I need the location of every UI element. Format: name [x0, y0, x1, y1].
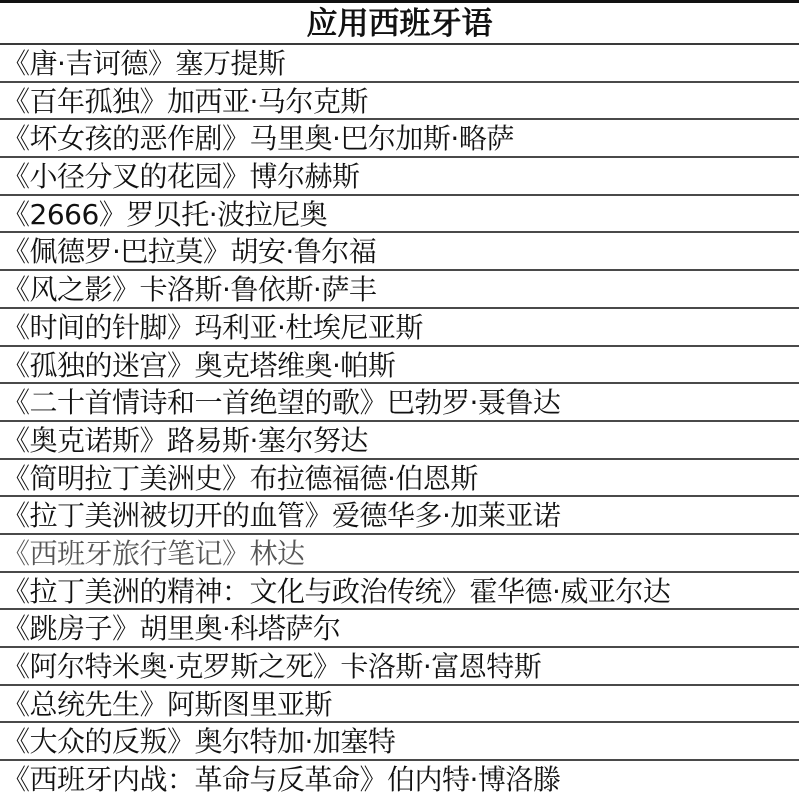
table-row: 《阿尔特米奥·克罗斯之死》卡洛斯·富恩特斯: [0, 648, 799, 686]
table-row: 《风之影》卡洛斯·鲁依斯·萨丰: [0, 271, 799, 309]
table-row: 《总统先生》阿斯图里亚斯: [0, 686, 799, 724]
table-row: 《拉丁美洲的精神：文化与政治传统》霍华德·威亚尔达: [0, 573, 799, 611]
book-author: 罗贝托·波拉尼奥: [126, 198, 327, 231]
book-author: 奥尔特加·加塞特: [195, 725, 396, 758]
book-title: 《拉丁美洲的精神：文化与政治传统》: [2, 575, 470, 608]
book-list-table: 应用西班牙语 《唐·吉诃德》塞万提斯 《百年孤独》加西亚·马尔克斯 《坏女孩的恶…: [0, 0, 799, 797]
table-row: 《二十首情诗和一首绝望的歌》巴勃罗·聂鲁达: [0, 384, 799, 422]
table-row: 《百年孤独》加西亚·马尔克斯: [0, 83, 799, 121]
book-author: 路易斯·塞尔努达: [167, 424, 368, 457]
book-author: 霍华德·威亚尔达: [470, 575, 671, 608]
table-row: 《时间的针脚》玛利亚·杜埃尼亚斯: [0, 309, 799, 347]
book-title: 《简明拉丁美洲史》: [2, 462, 250, 495]
book-author: 胡安·鲁尔福: [230, 235, 376, 268]
book-title: 《跳房子》: [2, 612, 140, 645]
book-author: 巴勃罗·聂鲁达: [387, 386, 560, 419]
book-title: 《西班牙旅行笔记》: [2, 537, 250, 570]
book-title: 《二十首情诗和一首绝望的歌》: [2, 386, 387, 419]
book-author: 塞万提斯: [175, 47, 285, 80]
book-title: 《总统先生》: [2, 688, 167, 721]
book-title: 《小径分叉的花园》: [2, 160, 250, 193]
table-row: 《奥克诺斯》路易斯·塞尔努达: [0, 422, 799, 460]
table-row: 《西班牙内战：革命与反革命》伯内特·博洛滕: [0, 761, 799, 797]
book-title: 《拉丁美洲被切开的血管》: [2, 499, 332, 532]
book-title: 《西班牙内战：革命与反革命》: [2, 763, 387, 796]
book-author: 爱德华多·加莱亚诺: [332, 499, 560, 532]
table-row: 《小径分叉的花园》博尔赫斯: [0, 158, 799, 196]
book-title: 《孤独的迷宫》: [2, 349, 195, 382]
book-title: 《唐·吉诃德》: [2, 47, 175, 80]
book-author: 林达: [250, 537, 305, 570]
table-row: 《2666》罗贝托·波拉尼奥: [0, 196, 799, 234]
book-author: 博尔赫斯: [250, 160, 360, 193]
book-title: 《佩德罗·巴拉莫》: [2, 235, 230, 268]
book-author: 加西亚·马尔克斯: [167, 85, 368, 118]
book-title: 《2666》: [2, 198, 126, 231]
book-title: 《大众的反叛》: [2, 725, 195, 758]
book-author: 布拉德福德·伯恩斯: [250, 462, 478, 495]
table-row: 《坏女孩的恶作剧》马里奥·巴尔加斯·略萨: [0, 120, 799, 158]
book-title: 《百年孤独》: [2, 85, 167, 118]
table-row: 《唐·吉诃德》塞万提斯: [0, 45, 799, 83]
book-author: 卡洛斯·富恩特斯: [340, 650, 541, 683]
table-row: 《大众的反叛》奥尔特加·加塞特: [0, 723, 799, 761]
table-row: 《简明拉丁美洲史》布拉德福德·伯恩斯: [0, 460, 799, 498]
book-author: 卡洛斯·鲁依斯·萨丰: [140, 273, 377, 306]
table-row: 《佩德罗·巴拉莫》胡安·鲁尔福: [0, 233, 799, 271]
table-row: 《西班牙旅行笔记》林达: [0, 535, 799, 573]
book-title: 《时间的针脚》: [2, 311, 195, 344]
table-row: 《孤独的迷宫》奥克塔维奥·帕斯: [0, 347, 799, 385]
book-title: 《阿尔特米奥·克罗斯之死》: [2, 650, 340, 683]
book-author: 伯内特·博洛滕: [387, 763, 560, 796]
book-author: 胡里奥·科塔萨尔: [140, 612, 341, 645]
book-author: 马里奥·巴尔加斯·略萨: [250, 122, 514, 155]
book-author: 奥克塔维奥·帕斯: [195, 349, 396, 382]
table-title: 应用西班牙语: [0, 3, 799, 45]
book-author: 阿斯图里亚斯: [167, 688, 332, 721]
book-title: 《奥克诺斯》: [2, 424, 167, 457]
book-title: 《风之影》: [2, 273, 140, 306]
book-author: 玛利亚·杜埃尼亚斯: [195, 311, 423, 344]
table-row: 《跳房子》胡里奥·科塔萨尔: [0, 610, 799, 648]
table-row: 《拉丁美洲被切开的血管》爱德华多·加莱亚诺: [0, 497, 799, 535]
book-title: 《坏女孩的恶作剧》: [2, 122, 250, 155]
